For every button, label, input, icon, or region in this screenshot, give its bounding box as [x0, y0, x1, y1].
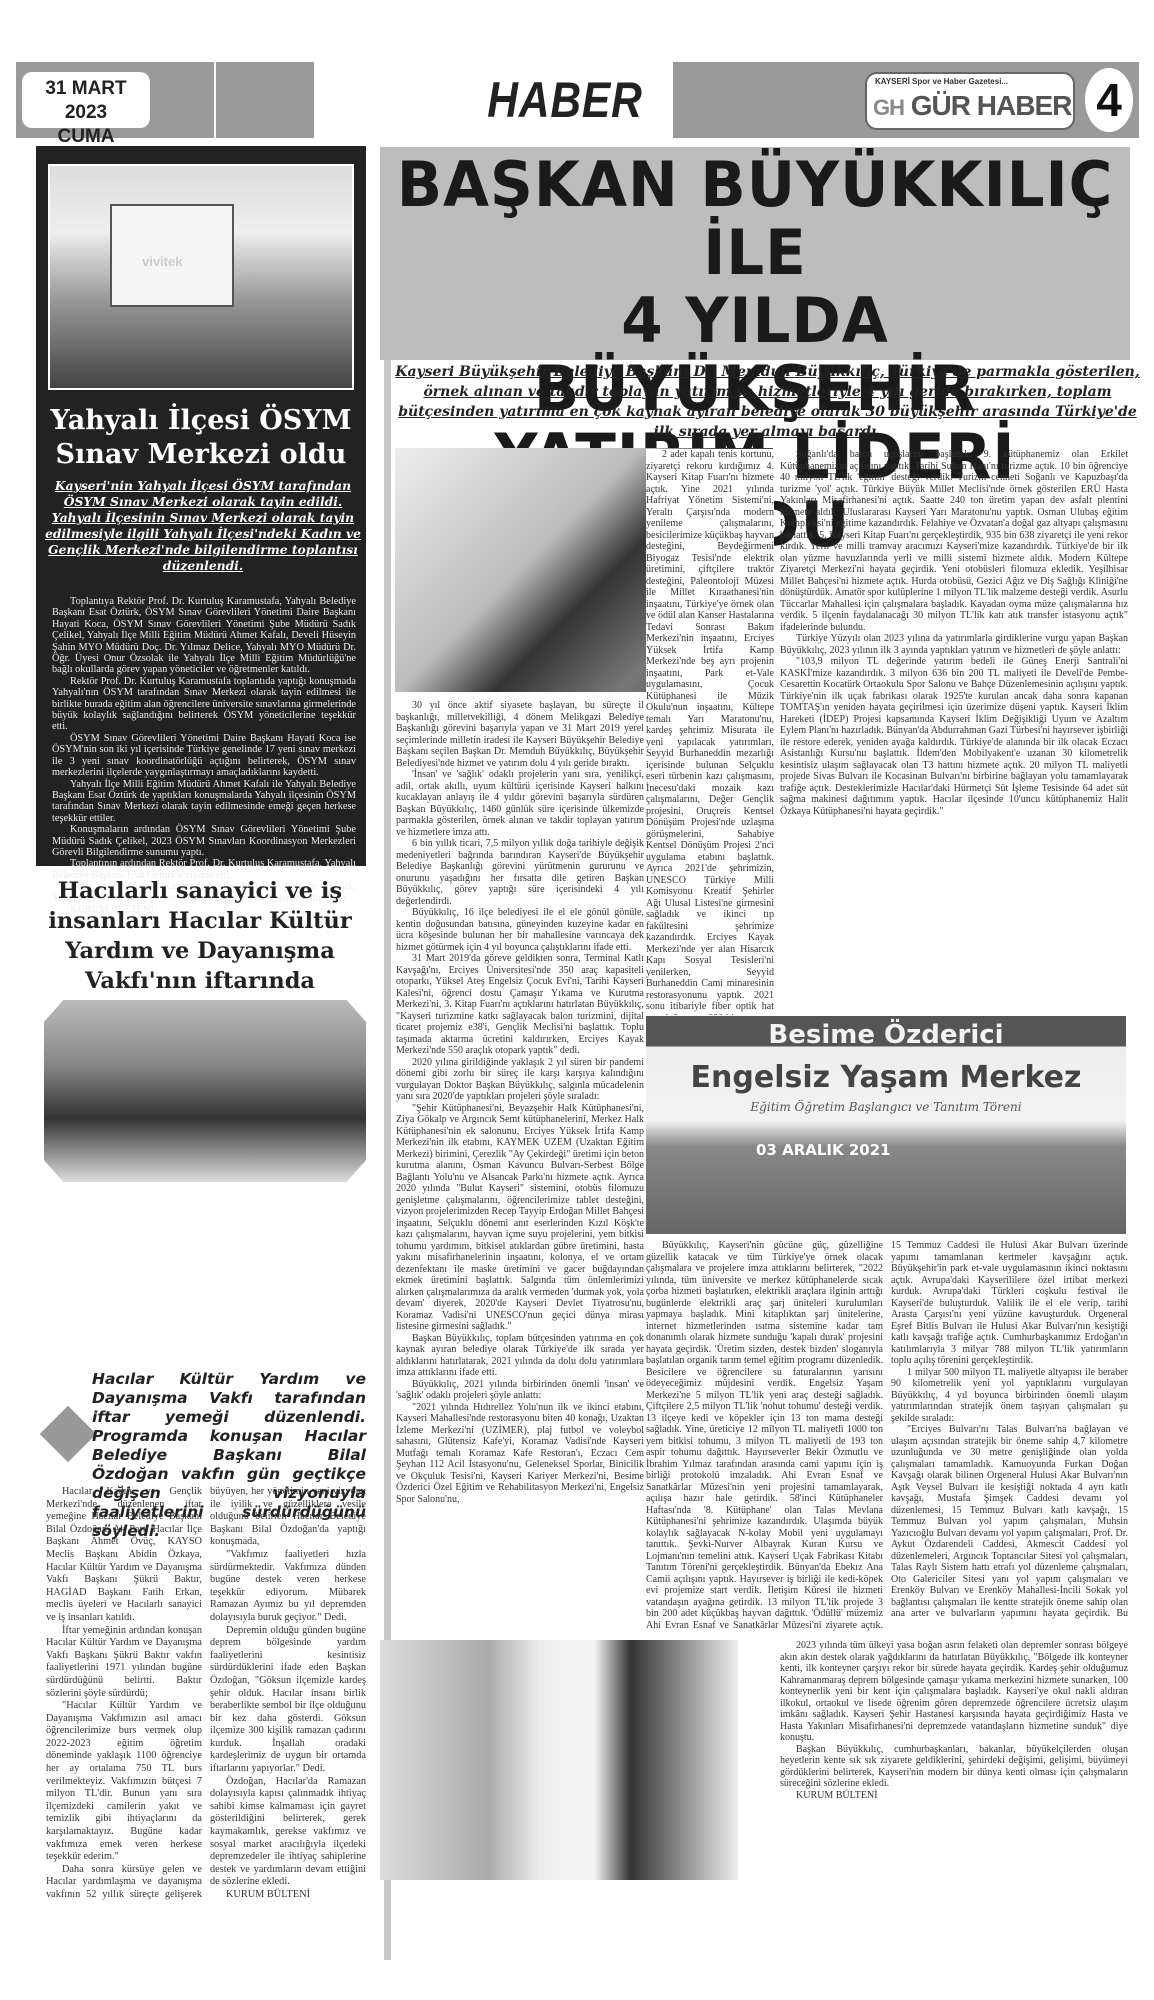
main-article-lower-columns: Büyükkılıç, Kayseri'nin gücüne güç, güze…	[646, 1240, 1128, 1640]
osym-title: Yahyalı İlçesi ÖSYM Sınav Merkezi oldu	[36, 404, 366, 472]
main-headline: BAŞKAN BÜYÜKKILIÇ İLE 4 YILDA BÜYÜKŞEHİR…	[380, 147, 1130, 360]
masthead-logo-panel: KAYSERİ Spor ve Haber Gazetesi... GH GÜR…	[857, 62, 1139, 138]
banner-line-2: Engelsiz Yaşam Merkez	[646, 1060, 1126, 1095]
newspaper-logo[interactable]: KAYSERİ Spor ve Haber Gazetesi... GH GÜR…	[865, 72, 1075, 130]
photo-laundry-visit	[380, 1640, 738, 1880]
main-article-closing: 2023 yılında tüm ülkeyi yasa boğan asrın…	[780, 1640, 1128, 1960]
header-date-panel: 31 MART 2023 CUMA	[16, 62, 214, 138]
date-text: 31 MART 2023	[22, 77, 150, 125]
main-article-column-3: Soğanlı'da balon uçuşlarını başlattık. 9…	[780, 449, 1128, 1015]
osym-article-box: vivitek Yahyalı İlçesi ÖSYM Sınav Merkez…	[36, 146, 366, 866]
osym-body: Toplantıya Rektör Prof. Dr. Kurtuluş Kar…	[52, 596, 356, 915]
main-lede: Kayseri Büyükşehir Belediye Başkanı Dr. …	[395, 362, 1140, 442]
photo-besime-ozderici-ceremony: Besime Özderici Engelsiz Yaşam Merkez Eğ…	[646, 1016, 1126, 1234]
header-filler	[216, 62, 314, 138]
section-title: HABER	[472, 66, 659, 134]
osym-meeting-photo: vivitek	[48, 164, 354, 390]
header-filler-right	[673, 62, 857, 138]
osym-lede: Kayseri'nin Yahyalı İlçesi ÖSYM tarafınd…	[44, 478, 362, 574]
gh-mark-icon: GH	[873, 95, 904, 120]
logo-name: GH GÜR HABER	[873, 90, 1071, 122]
banner-line-1: Besime Özderici	[646, 1020, 1126, 1050]
hacilar-body: Hacılar Kadın ve Gençlik Merkezi'nde düz…	[46, 1486, 366, 1902]
headline-line: BAŞKAN BÜYÜKKILIÇ İLE	[395, 151, 1115, 287]
projector-screen: vivitek	[110, 204, 234, 307]
banner-date: 03 ARALIK 2021	[756, 1141, 891, 1159]
main-article-column-1: 30 yıl önce aktif siyasete başlayan, bu …	[396, 700, 644, 1505]
logo-tagline: KAYSERİ Spor ve Haber Gazetesi...	[875, 77, 1008, 86]
diamond-bullet-icon	[40, 1406, 97, 1463]
iftar-dinner-photo	[44, 1000, 366, 1182]
date-badge: 31 MART 2023 CUMA	[22, 72, 150, 128]
page-number: 4	[1085, 68, 1133, 132]
main-article-column-2: 2 adet kapalı tenis kortunu, ziyaretçi r…	[646, 449, 774, 1015]
banner-line-3: Eğitim Öğretim Başlangıcı ve Tanıtım Tör…	[646, 1100, 1126, 1114]
